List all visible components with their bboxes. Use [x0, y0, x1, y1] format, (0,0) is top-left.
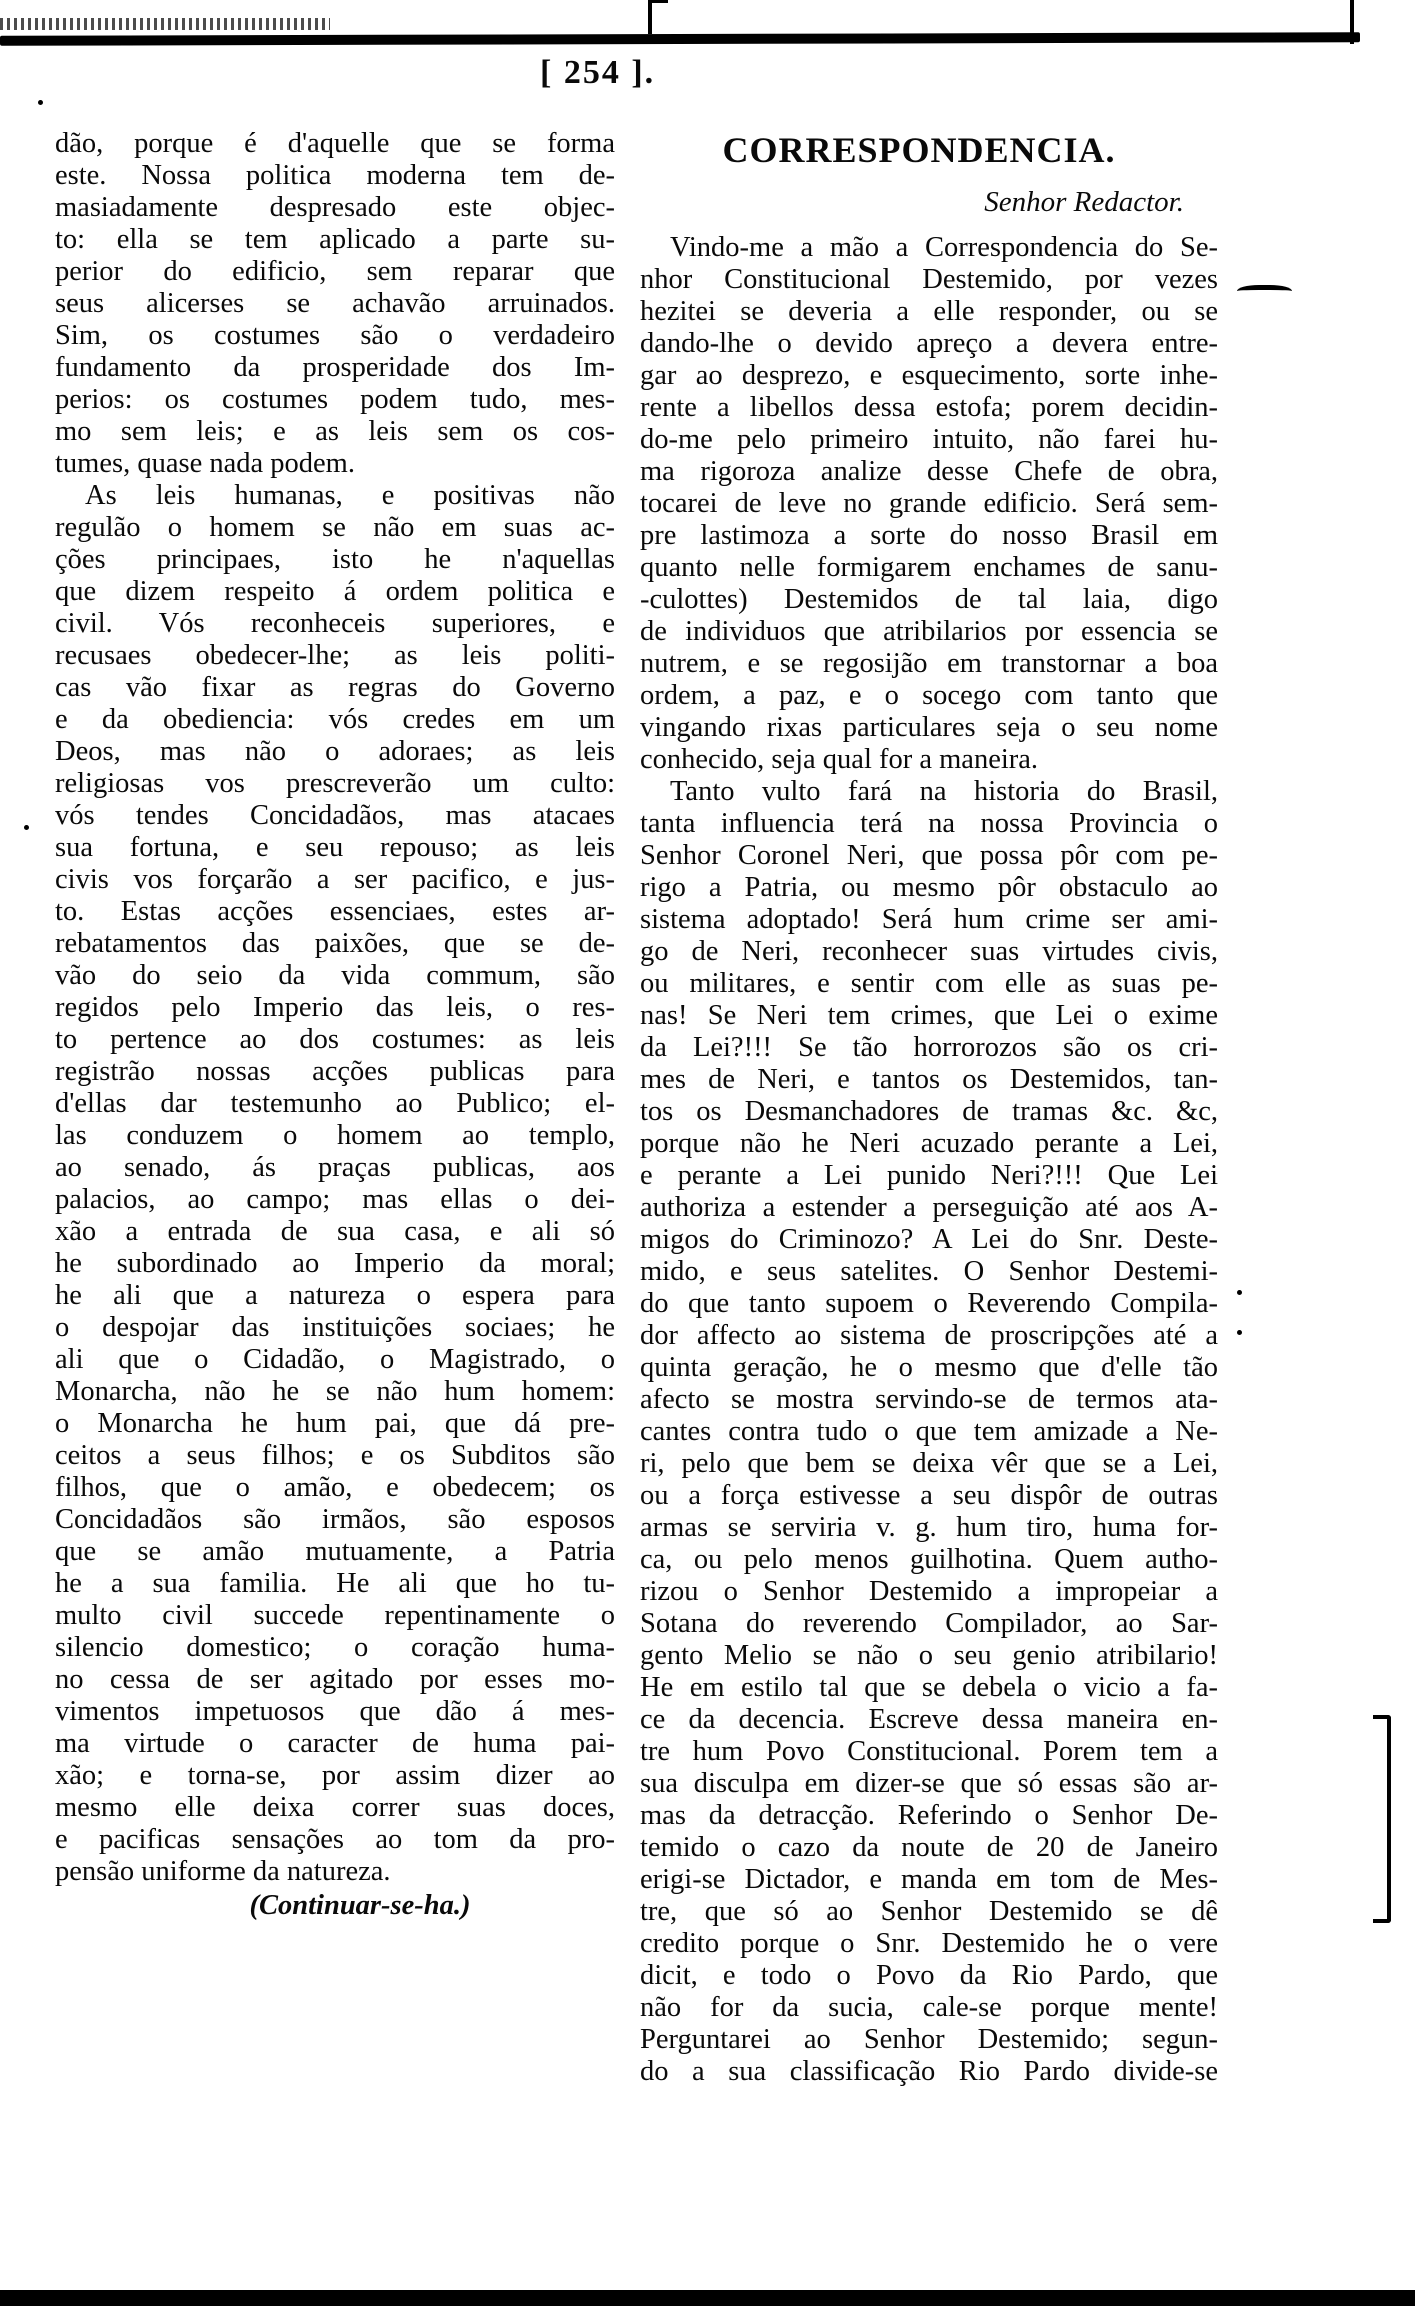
- top-rule: [0, 32, 1360, 46]
- text-line: dicit, e todo o Povo da Rio Pardo, que: [640, 1960, 1218, 1992]
- text-line: o Monarcha he hum pai, que dá pre-: [55, 1408, 615, 1440]
- text-line: vingando rixas particulares seja o seu n…: [640, 712, 1218, 744]
- text-line: mesmo elle deixa correr suas doces,: [55, 1792, 615, 1824]
- text-line: que dizem respeito á ordem politica e: [55, 576, 615, 608]
- text-line: he ali que a natureza o espera para: [55, 1280, 615, 1312]
- text-line: d'ellas dar testemunho ao Publico; el-: [55, 1088, 615, 1120]
- text-line: Concidadãos são irmãos, são esposos: [55, 1504, 615, 1536]
- margin-bracket: [1373, 1715, 1391, 1923]
- text-line: tanta influencia terá na nossa Provincia…: [640, 808, 1218, 840]
- text-line: temido o cazo da noute de 20 de Janeiro: [640, 1832, 1218, 1864]
- left-column: dão, porque é d'aquelle que se formaeste…: [55, 128, 615, 1924]
- text-line: ma rigoroza analize desse Chefe de obra,: [640, 456, 1218, 488]
- text-line: nutrem, e se regosijão em transtornar a …: [640, 648, 1218, 680]
- text-line: dor affecto ao sistema de proscripções a…: [640, 1320, 1218, 1352]
- text-line: da Lei?!!! Se tão horrorozos são os cri-: [640, 1032, 1218, 1064]
- text-line: rente a libellos dessa estofa; porem dec…: [640, 392, 1218, 424]
- text-line: sua fortuna, e seu repouso; as leis: [55, 832, 615, 864]
- text-line: religiosas vos prescreverão um culto:: [55, 768, 615, 800]
- text-line: seus alicerses se achavão arruinados.: [55, 288, 615, 320]
- right-column-body: Vindo-me a mão a Correspondencia do Se-n…: [640, 232, 1218, 2088]
- text-line: multo civil succede repentinamente o: [55, 1600, 615, 1632]
- text-line: o despojar das instituições sociaes; he: [55, 1312, 615, 1344]
- top-rule-speckle: [0, 18, 330, 30]
- text-line: cantes contra tudo o que tem amizade a N…: [640, 1416, 1218, 1448]
- text-line: mo sem leis; e as leis sem os cos-: [55, 416, 615, 448]
- text-line: tumes, quase nada podem.: [55, 448, 615, 480]
- text-line: ordem, a paz, e o socego com tanto que: [640, 680, 1218, 712]
- text-line: armas se serviria v. g. hum tiro, huma f…: [640, 1512, 1218, 1544]
- text-line: tre hum Povo Constitucional. Porem tem a: [640, 1736, 1218, 1768]
- page-number: [ 254 ].: [540, 54, 655, 92]
- text-line: do que tanto supoem o Reverendo Compila-: [640, 1288, 1218, 1320]
- text-line: ma virtude o caracter de huma pai-: [55, 1728, 615, 1760]
- continuation-note: (Continuar-se-ha.): [55, 1888, 615, 1924]
- text-line: ou militares, e sentir com elle as suas …: [640, 968, 1218, 1000]
- text-line: Perguntarei ao Senhor Destemido; segun-: [640, 2024, 1218, 2056]
- text-line: migos do Criminozo? A Lei do Snr. Deste-: [640, 1224, 1218, 1256]
- text-line: xão; e torna-se, por assim dizer ao: [55, 1760, 615, 1792]
- text-line: authoriza a estender a perseguição até a…: [640, 1192, 1218, 1224]
- text-line: palacios, ao campo; mas ellas o dei-: [55, 1184, 615, 1216]
- text-line: As leis humanas, e positivas não: [55, 480, 615, 512]
- text-line: cas vão fixar as regras do Governo: [55, 672, 615, 704]
- text-line: go de Neri, reconhecer suas virtudes civ…: [640, 936, 1218, 968]
- text-line: to. Estas acções essenciaes, estes ar-: [55, 896, 615, 928]
- text-line: ca, ou pelo menos guilhotina. Quem autho…: [640, 1544, 1218, 1576]
- text-line: quanto nelle formigarem enchames de sanu…: [640, 552, 1218, 584]
- text-line: registrão nossas acções publicas para: [55, 1056, 615, 1088]
- text-line: hezitei se deveria a elle responder, ou …: [640, 296, 1218, 328]
- text-line: pre lastimoza a sorte do nosso Brasil em: [640, 520, 1218, 552]
- text-line: ali que o Cidadão, o Magistrado, o: [55, 1344, 615, 1376]
- text-line: sua disculpa em dizer-se que só essas sã…: [640, 1768, 1218, 1800]
- text-line: fundamento da prosperidade dos Im-: [55, 352, 615, 384]
- text-line: mas da detracção. Referindo o Senhor De-: [640, 1800, 1218, 1832]
- text-line: do a sua classificação Rio Pardo divide-…: [640, 2056, 1218, 2088]
- text-line: regulão o homem se não em suas ac-: [55, 512, 615, 544]
- text-line: filhos, que o amão, e obedecem; os: [55, 1472, 615, 1504]
- text-line: quinta geração, he o mesmo que d'elle tã…: [640, 1352, 1218, 1384]
- text-line: to: ella se tem aplicado a parte su-: [55, 224, 615, 256]
- text-line: nhor Constitucional Destemido, por vezes: [640, 264, 1218, 296]
- text-line: erigi-se Dictador, e manda em tom de Mes…: [640, 1864, 1218, 1896]
- text-line: Sim, os costumes são o verdadeiro: [55, 320, 615, 352]
- margin-mark: [1237, 285, 1292, 300]
- frame-right-tick: [1350, 0, 1354, 44]
- text-line: ceitos a seus filhos; e os Subditos são: [55, 1440, 615, 1472]
- text-line: tre, que só ao Senhor Destemido se dê: [640, 1896, 1218, 1928]
- text-line: rebatamentos das paixões, que se de-: [55, 928, 615, 960]
- text-line: vão do seio da vida commum, são: [55, 960, 615, 992]
- text-line: tos os Desmanchadores de tramas &c. &c,: [640, 1096, 1218, 1128]
- text-line: afecto se mostra servindo-se de termos a…: [640, 1384, 1218, 1416]
- text-line: to pertence ao dos costumes: as leis: [55, 1024, 615, 1056]
- text-line: credito porque o Snr. Destemido he o ver…: [640, 1928, 1218, 1960]
- text-line: tocarei de leve no grande edificio. Será…: [640, 488, 1218, 520]
- text-line: pensão uniforme da natureza.: [55, 1856, 615, 1888]
- bottom-rule: [0, 2290, 1415, 2306]
- text-line: rizou o Senhor Destemido a impropeiar a: [640, 1576, 1218, 1608]
- text-line: Monarcha, não he se não hum homem:: [55, 1376, 615, 1408]
- text-line: nas! Se Neri tem crimes, que Lei o exime: [640, 1000, 1218, 1032]
- text-line: recusaes obedecer-lhe; as leis politi-: [55, 640, 615, 672]
- text-line: sistema adoptado! Será hum crime ser ami…: [640, 904, 1218, 936]
- text-line: ce da decencia. Escreve dessa maneira en…: [640, 1704, 1218, 1736]
- text-line: ou a força estivesse a seu dispôr de out…: [640, 1480, 1218, 1512]
- text-line: regidos pelo Imperio das leis, o res-: [55, 992, 615, 1024]
- text-line: ao senado, ás praças publicas, aos: [55, 1152, 615, 1184]
- text-line: e da obediencia: vós credes em um: [55, 704, 615, 736]
- right-column: CORRESPONDENCIA. Senhor Redactor. Vindo-…: [640, 128, 1218, 2088]
- text-line: he a sua familia. He ali que ho tu-: [55, 1568, 615, 1600]
- text-line: e perante a Lei punido Neri?!!! Que Lei: [640, 1160, 1218, 1192]
- text-line: mido, e seus satelites. O Senhor Destemi…: [640, 1256, 1218, 1288]
- text-line: gar ao desprezo, e esquecimento, sorte i…: [640, 360, 1218, 392]
- text-line: masiadamente despresado este objec-: [55, 192, 615, 224]
- text-line: do-me pelo primeiro intuito, não farei h…: [640, 424, 1218, 456]
- text-line: He em estilo tal que se debela o vicio a…: [640, 1672, 1218, 1704]
- text-line: de individuos que atribilarios por essen…: [640, 616, 1218, 648]
- text-line: Senhor Coronel Neri, que possa pôr com p…: [640, 840, 1218, 872]
- text-line: ções principaes, isto he n'aquellas: [55, 544, 615, 576]
- text-line: este. Nossa politica moderna tem de-: [55, 160, 615, 192]
- text-line: vimentos impetuosos que dão á mes-: [55, 1696, 615, 1728]
- ink-speck: [24, 825, 29, 830]
- text-line: he subordinado ao Imperio da moral;: [55, 1248, 615, 1280]
- text-line: civis vos forçarão a ser pacifico, e jus…: [55, 864, 615, 896]
- text-line: perior do edificio, sem reparar que: [55, 256, 615, 288]
- text-line: dão, porque é d'aquelle que se forma: [55, 128, 615, 160]
- ink-speck: [1237, 1290, 1242, 1295]
- text-line: porque não he Neri acuzado perante a Lei…: [640, 1128, 1218, 1160]
- text-line: civil. Vós reconheceis superiores, e: [55, 608, 615, 640]
- salutation: Senhor Redactor.: [640, 172, 1218, 232]
- text-line: las conduzem o homem ao templo,: [55, 1120, 615, 1152]
- text-line: Vindo-me a mão a Correspondencia do Se-: [640, 232, 1218, 264]
- ink-speck: [1237, 1330, 1242, 1335]
- text-line: que se amão mutuamente, a Patria: [55, 1536, 615, 1568]
- ink-speck: [38, 100, 43, 105]
- text-line: conhecido, seja qual for a maneira.: [640, 744, 1218, 776]
- text-line: vós tendes Concidadãos, mas atacaes: [55, 800, 615, 832]
- text-line: gento Melio se não o seu genio atribilar…: [640, 1640, 1218, 1672]
- text-line: perios: os costumes podem tudo, mes-: [55, 384, 615, 416]
- text-line: Sotana do reverendo Compilador, ao Sar-: [640, 1608, 1218, 1640]
- text-line: silencio domestico; o coração huma-: [55, 1632, 615, 1664]
- text-line: Deos, mas não o adoraes; as leis: [55, 736, 615, 768]
- text-line: mes de Neri, e tantos os Destemidos, tan…: [640, 1064, 1218, 1096]
- text-line: Tanto vulto fará na historia do Brasil,: [640, 776, 1218, 808]
- text-line: e pacificas sensações ao tom da pro-: [55, 1824, 615, 1856]
- text-line: xão a entrada de sua casa, e ali só: [55, 1216, 615, 1248]
- text-line: rigo a Patria, ou mesmo pôr obstaculo ao: [640, 872, 1218, 904]
- frame-left-tick: [648, 0, 652, 34]
- text-line: dando-lhe o devido apreço a devera entre…: [640, 328, 1218, 360]
- text-line: no cessa de ser agitado por esses mo-: [55, 1664, 615, 1696]
- text-line: ri, pelo que bem se deixa vêr que se a L…: [640, 1448, 1218, 1480]
- text-line: -culottes) Destemidos de tal laia, digo: [640, 584, 1218, 616]
- text-line: não for da sucia, cale-se porque mente!: [640, 1992, 1218, 2024]
- section-title: CORRESPONDENCIA.: [620, 128, 1218, 172]
